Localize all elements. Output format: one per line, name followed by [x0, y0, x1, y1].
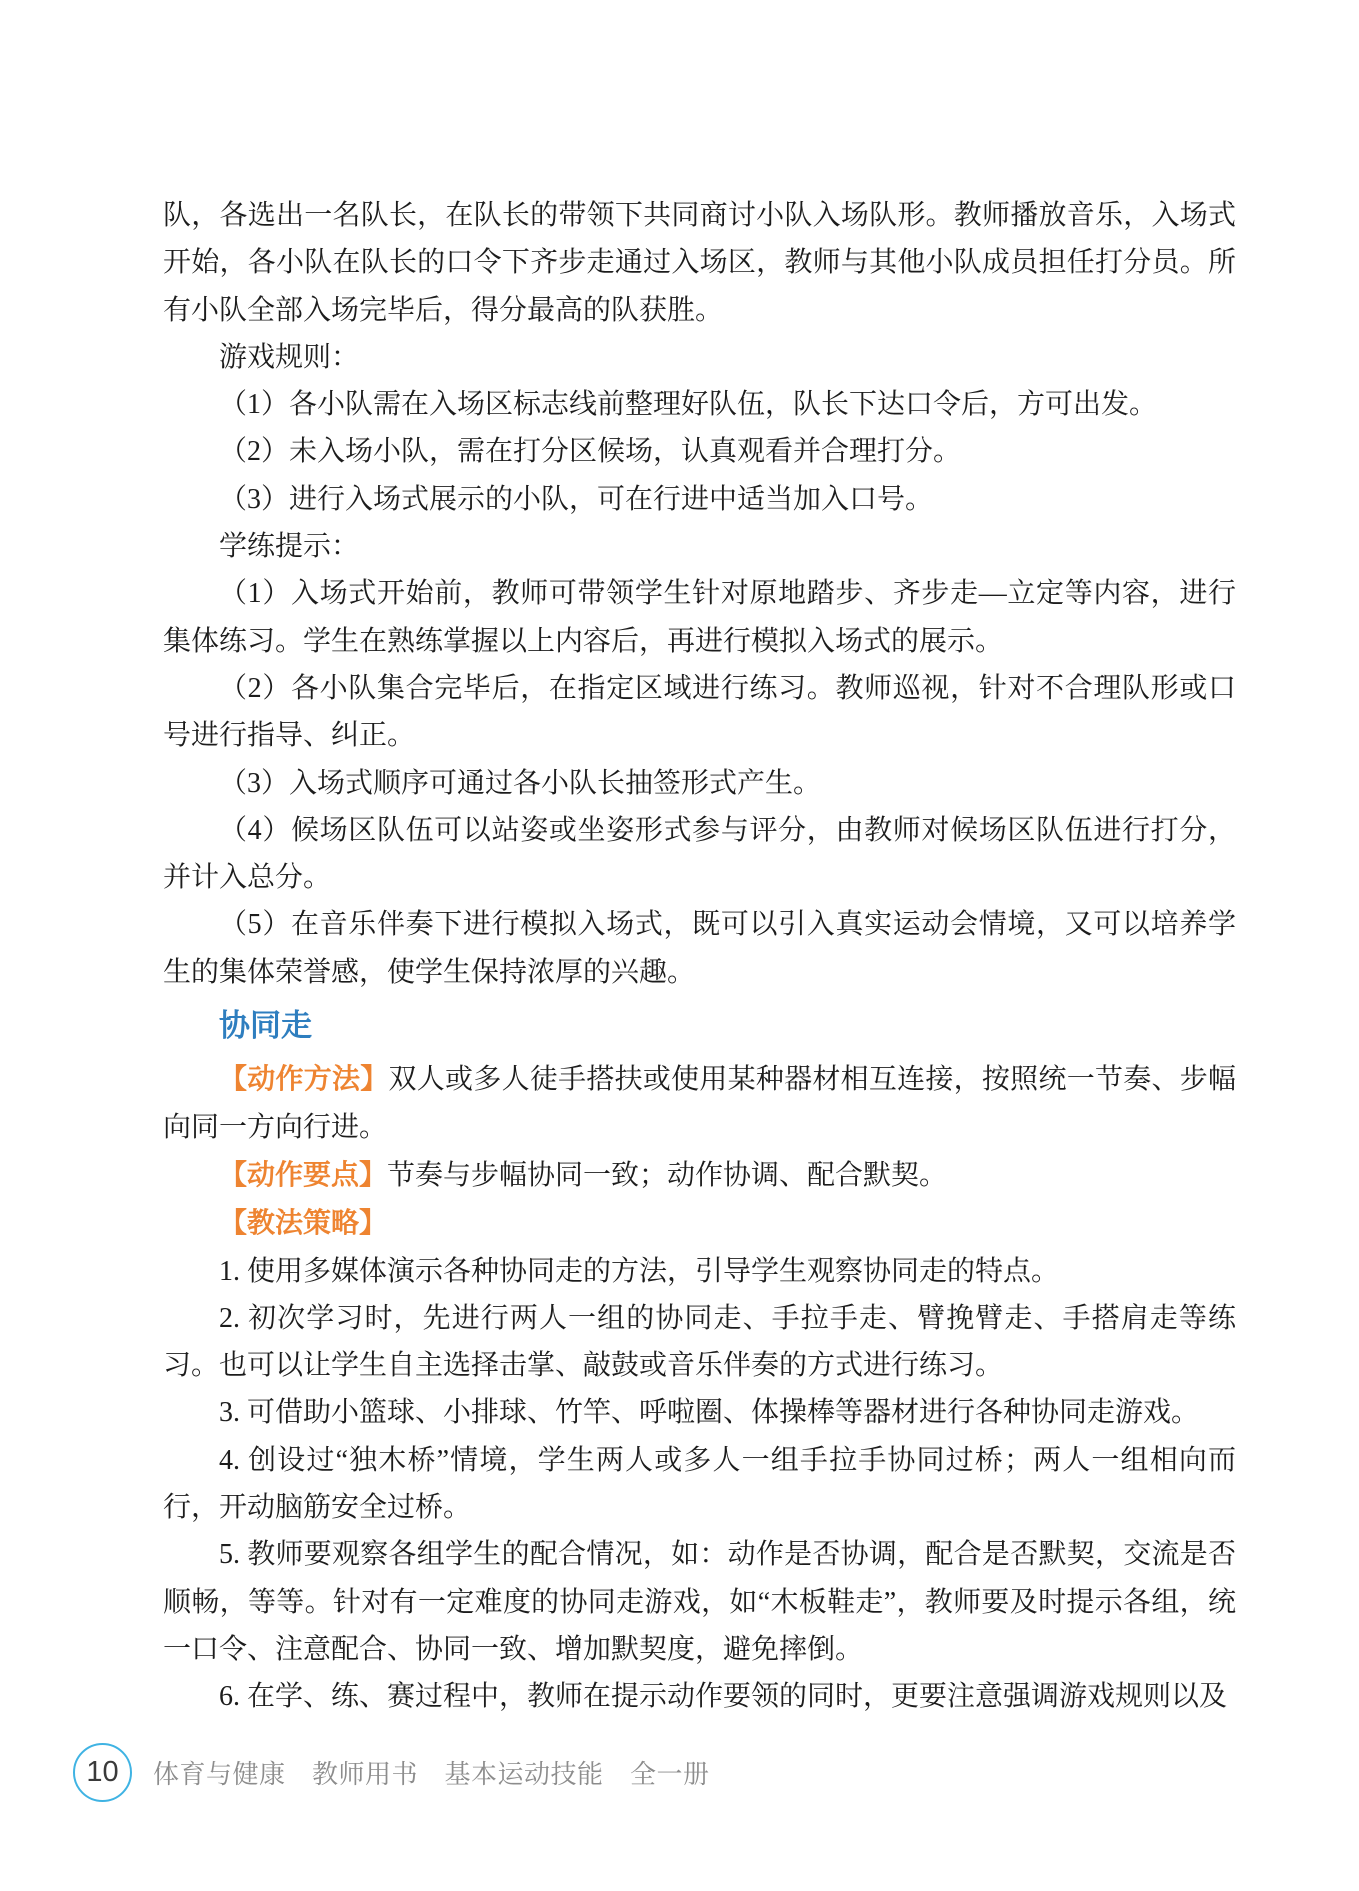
page-number: 10	[86, 1756, 118, 1789]
action-method-label: 【动作方法】	[219, 1063, 389, 1094]
paragraph-text: 节奏与步幅协同一致；动作协调、配合默契。	[387, 1160, 947, 1191]
list-item: 3. 可借助小篮球、小排球、竹竿、呼啦圈、体操棒等器材进行各种协同走游戏。	[163, 1389, 1236, 1436]
paragraph: 队，各选出一名队长，在队长的带领下共同商讨小队入场队形。教师播放音乐，入场式开始…	[163, 192, 1236, 334]
paragraph: 学练提示：	[163, 523, 1236, 570]
list-item: （4）候场区队伍可以站姿或坐姿形式参与评分，由教师对候场区队伍进行打分，并计入总…	[163, 807, 1236, 902]
page-footer: 10 体育与健康 教师用书 基本运动技能 全一册	[73, 1743, 710, 1802]
list-item: （2）未入场小队，需在打分区候场，认真观看并合理打分。	[163, 428, 1236, 475]
list-item: （1）各小队需在入场区标志线前整理好队伍，队长下达口令后，方可出发。	[163, 381, 1236, 428]
list-item: 5. 教师要观察各组学生的配合情况，如：动作是否协调，配合是否默契，交流是否顺畅…	[163, 1531, 1236, 1673]
paragraph: 【教法策略】	[163, 1199, 1236, 1247]
paragraph: 【动作要点】节奏与步幅协同一致；动作协调、配合默契。	[163, 1151, 1236, 1199]
list-item: （5）在音乐伴奏下进行模拟入场式，既可以引入真实运动会情境，又可以培养学生的集体…	[163, 901, 1236, 996]
list-item: （2）各小队集合完毕后，在指定区域进行练习。教师巡视，针对不合理队形或口号进行指…	[163, 665, 1236, 760]
teaching-strategy-label: 【教法策略】	[219, 1207, 387, 1238]
list-item: 4. 创设过“独木桥”情境，学生两人或多人一组手拉手协同过桥；两人一组相向而行，…	[163, 1437, 1236, 1532]
footer-book-title: 体育与健康 教师用书 基本运动技能 全一册	[153, 1754, 710, 1791]
list-item: 1. 使用多媒体演示各种协同走的方法，引导学生观察协同走的特点。	[163, 1248, 1236, 1295]
list-item: （1）入场式开始前，教师可带领学生针对原地踏步、齐步走—立定等内容，进行集体练习…	[163, 570, 1236, 665]
section-heading: 协同走	[163, 1002, 1236, 1049]
paragraph: 【动作方法】双人或多人徒手搭扶或使用某种器材相互连接，按照统一节奏、步幅向同一方…	[163, 1055, 1236, 1151]
page-content: 队，各选出一名队长，在队长的带领下共同商讨小队入场队形。教师播放音乐，入场式开始…	[163, 192, 1236, 1721]
list-item: 2. 初次学习时，先进行两人一组的协同走、手拉手走、臂挽臂走、手搭肩走等练习。也…	[163, 1295, 1236, 1390]
page-number-badge: 10	[73, 1743, 132, 1802]
list-item: （3）入场式顺序可通过各小队长抽签形式产生。	[163, 760, 1236, 807]
list-item: （3）进行入场式展示的小队，可在行进中适当加入口号。	[163, 476, 1236, 523]
action-keypoint-label: 【动作要点】	[219, 1159, 387, 1190]
paragraph: 游戏规则：	[163, 334, 1236, 381]
list-item: 6. 在学、练、赛过程中，教师在提示动作要领的同时，更要注意强调游戏规则以及	[163, 1673, 1236, 1720]
book-page: 队，各选出一名队长，在队长的带领下共同商讨小队入场队形。教师播放音乐，入场式开始…	[0, 0, 1359, 1891]
